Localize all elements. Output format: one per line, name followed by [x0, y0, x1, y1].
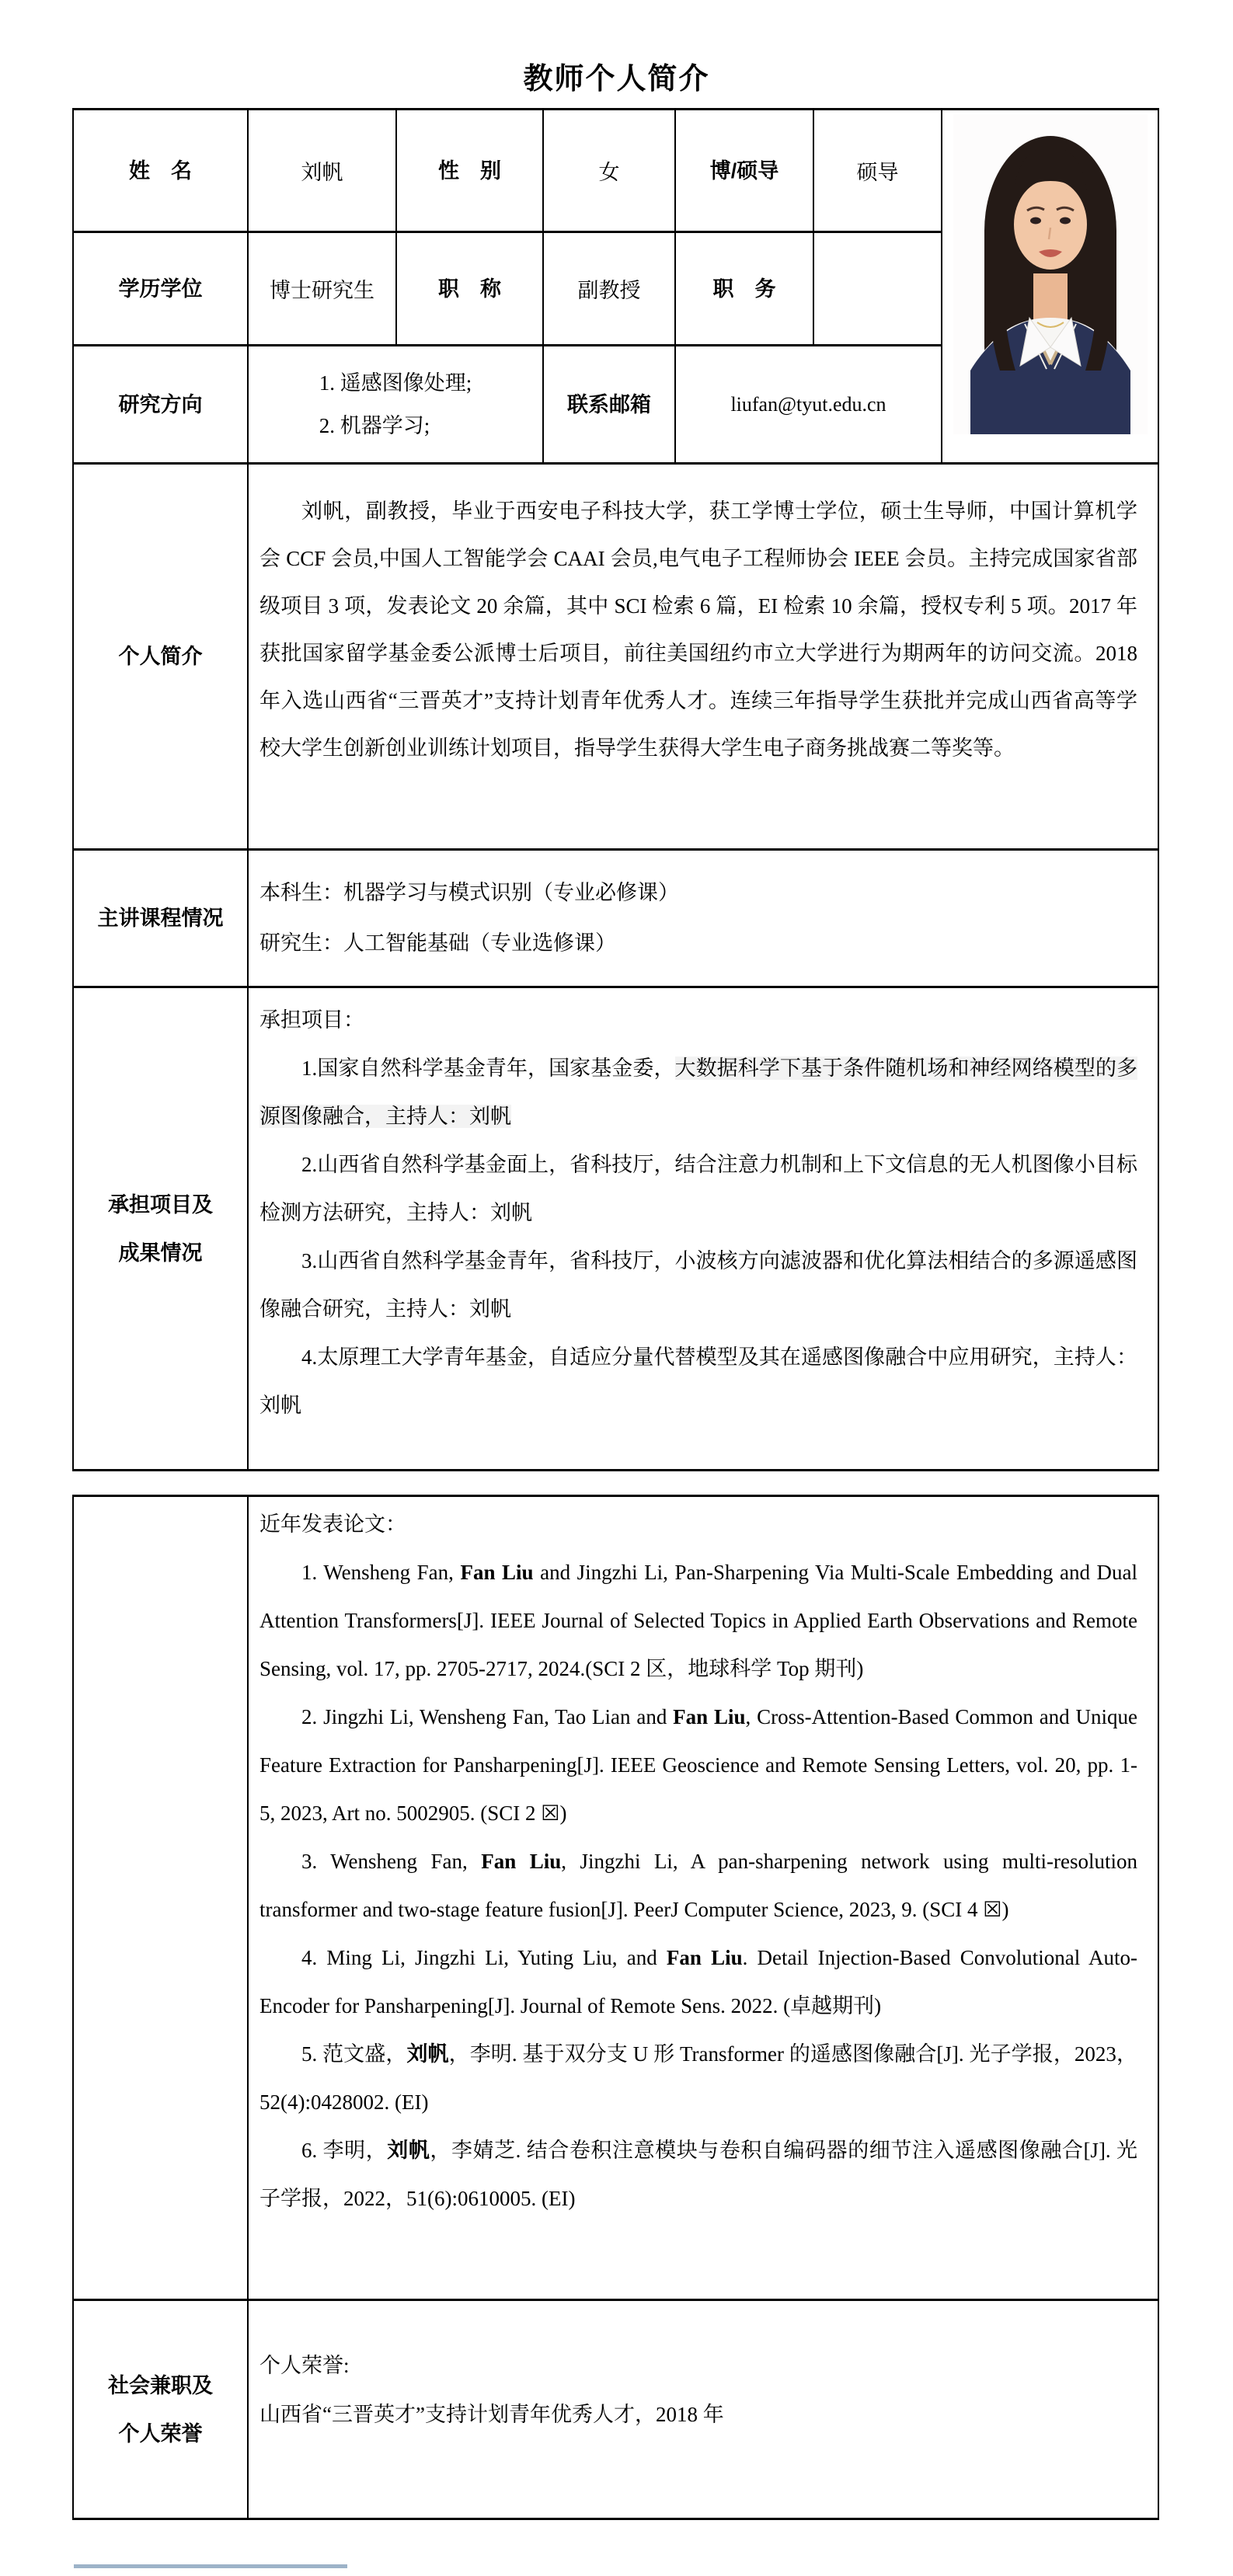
course-line: 本科生：机器学习与模式识别（专业必修课）: [259, 868, 1137, 918]
research-value: 1. 遥感图像处理; 2. 机器学习;: [248, 346, 543, 464]
projects-heading: 承担项目：: [259, 996, 1137, 1044]
project-item: 2.山西省自然科学基金面上，省科技厅，结合注意力机制和上下文信息的无人机图像小目…: [259, 1140, 1137, 1237]
courses-label: 主讲课程情况: [73, 850, 248, 987]
intro-content: 刘帆，副教授，毕业于西安电子科技大学，获工学博士学位，硕士生导师，中国计算机学会…: [248, 464, 1158, 850]
paper-item: 3. Wensheng Fan, Fan Liu, Jingzhi Li, A …: [259, 1837, 1137, 1934]
page-title: 教师个人简介: [0, 0, 1233, 97]
mentor-type-label: 博/硕导: [675, 110, 813, 232]
rank-value: 副教授: [543, 232, 675, 346]
paper-item: 5. 范文盛，刘帆，李明. 基于双分支 U 形 Transformer 的遥感图…: [259, 2030, 1137, 2126]
rank-label: 职 称: [396, 232, 543, 346]
name-label: 姓 名: [73, 110, 248, 232]
projects-label: 承担项目及 成果情况: [73, 987, 248, 1471]
intro-label: 个人简介: [73, 464, 248, 850]
honors-line: 山西省“三晋英才”支持计划青年优秀人才，2018 年: [259, 2390, 1137, 2439]
table-row: 近年发表论文： 1. Wensheng Fan, Fan Liu and Jin…: [73, 1496, 1158, 2300]
email-label: 联系邮箱: [543, 346, 675, 464]
name-value: 刘帆: [248, 110, 396, 232]
paper-item: 4. Ming Li, Jingzhi Li, Yuting Liu, and …: [259, 1934, 1137, 2030]
duty-label: 职 务: [675, 232, 813, 346]
duty-value: [813, 232, 942, 346]
email-value: liufan@tyut.edu.cn: [675, 346, 942, 464]
projects-label-line: 承担项目及: [74, 1181, 247, 1229]
honors-heading: 个人荣誉:: [259, 2341, 1137, 2390]
mentor-type-value: 硕导: [813, 110, 942, 232]
photo-cell: [942, 110, 1158, 464]
bottom-accent-line: [74, 2564, 347, 2568]
table-row: 承担项目及 成果情况 承担项目： 1.国家自然科学基金青年，国家基金委，大数据科…: [73, 987, 1158, 1471]
intro-paragraph: 刘帆，副教授，毕业于西安电子科技大学，获工学博士学位，硕士生导师，中国计算机学会…: [259, 488, 1137, 772]
research-line: 1. 遥感图像处理;: [319, 362, 472, 405]
research-lines: 1. 遥感图像处理; 2. 机器学习;: [319, 362, 472, 447]
publications-table: 近年发表论文： 1. Wensheng Fan, Fan Liu and Jin…: [72, 1495, 1159, 2520]
project-item: 1.国家自然科学基金青年，国家基金委，大数据科学下基于条件随机场和神经网络模型的…: [259, 1044, 1137, 1140]
projects-label-line: 成果情况: [74, 1229, 247, 1277]
degree-label: 学历学位: [73, 232, 248, 346]
honors-content: 个人荣誉: 山西省“三晋英才”支持计划青年优秀人才，2018 年: [248, 2300, 1158, 2519]
paper-item: 2. Jingzhi Li, Wensheng Fan, Tao Lian an…: [259, 1693, 1137, 1837]
gender-label: 性 别: [396, 110, 543, 232]
gender-value: 女: [543, 110, 675, 232]
portrait-photo: [953, 114, 1148, 434]
table-row: 主讲课程情况 本科生：机器学习与模式识别（专业必修课） 研究生：人工智能基础（专…: [73, 850, 1158, 987]
honors-label-line: 社会兼职及: [74, 2362, 247, 2410]
degree-value: 博士研究生: [248, 232, 396, 346]
paper-item: 1. Wensheng Fan, Fan Liu and Jingzhi Li,…: [259, 1548, 1137, 1693]
table-row: 姓 名 刘帆 性 别 女 博/硕导 硕导: [73, 110, 1158, 232]
profile-table: 姓 名 刘帆 性 别 女 博/硕导 硕导: [72, 108, 1159, 1471]
courses-content: 本科生：机器学习与模式识别（专业必修课） 研究生：人工智能基础（专业选修课）: [248, 850, 1158, 987]
paper-item: 6. 李明，刘帆，李婧芝. 结合卷积注意模块与卷积自编码器的细节注入遥感图像融合…: [259, 2126, 1137, 2223]
project-item: 4.太原理工大学青年基金，自适应分量代替模型及其在遥感图像融合中应用研究，主持人…: [259, 1333, 1137, 1429]
honors-label: 社会兼职及 个人荣誉: [73, 2300, 248, 2519]
research-label: 研究方向: [73, 346, 248, 464]
papers-label-empty: [73, 1496, 248, 2300]
table-row: 个人简介 刘帆，副教授，毕业于西安电子科技大学，获工学博士学位，硕士生导师，中国…: [73, 464, 1158, 850]
projects-content: 承担项目： 1.国家自然科学基金青年，国家基金委，大数据科学下基于条件随机场和神…: [248, 987, 1158, 1471]
document-page: 教师个人简介 姓 名 刘帆 性 别 女 博/硕导 硕导: [0, 0, 1233, 2520]
research-line: 2. 机器学习;: [319, 405, 472, 447]
project-item: 3.山西省自然科学基金青年，省科技厅，小波核方向滤波器和优化算法相结合的多源遥感…: [259, 1237, 1137, 1333]
course-line: 研究生：人工智能基础（专业选修课）: [259, 918, 1137, 969]
papers-heading: 近年发表论文：: [259, 1500, 1137, 1548]
papers-content: 近年发表论文： 1. Wensheng Fan, Fan Liu and Jin…: [248, 1496, 1158, 2300]
table-row: 社会兼职及 个人荣誉 个人荣誉: 山西省“三晋英才”支持计划青年优秀人才，201…: [73, 2300, 1158, 2519]
honors-label-line: 个人荣誉: [74, 2410, 247, 2458]
